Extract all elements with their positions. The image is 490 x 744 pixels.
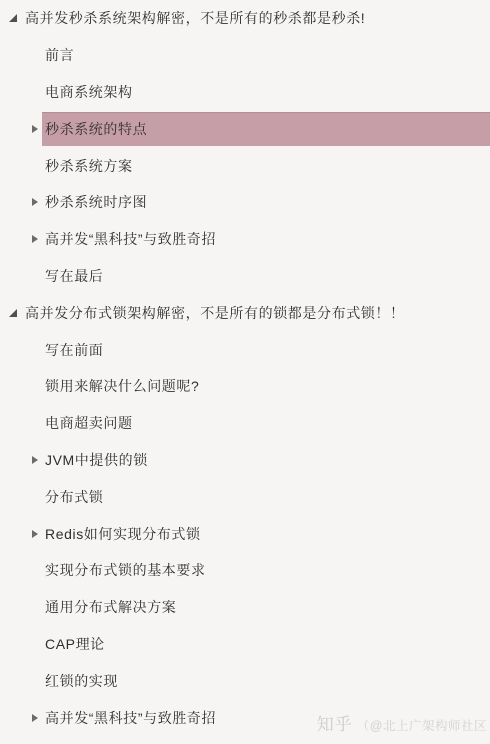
outline-item-label-area[interactable]: JVM中提供的锁 (42, 443, 490, 476)
toggle-box[interactable] (31, 456, 39, 464)
toggle-box[interactable] (8, 309, 18, 317)
outline-item-5[interactable]: 秒杀系统时序图 (0, 184, 490, 221)
expand-toggle-icon[interactable] (32, 198, 38, 206)
outline-item-label-area[interactable]: 高并发“黑科技”与致胜奇招 (42, 223, 490, 256)
watermark-handle: （@北上广架构师社区 (357, 716, 487, 734)
outline-item-label: 前言 (45, 45, 74, 65)
watermark-brand: 知乎 (317, 710, 353, 735)
outline-item-label: 分布式锁 (45, 487, 103, 507)
toggle-box[interactable] (8, 14, 18, 22)
expand-toggle-icon[interactable] (32, 456, 38, 464)
expand-toggle-icon[interactable] (32, 714, 38, 722)
outline-item-2[interactable]: 电商系统架构 (0, 74, 490, 111)
collapse-toggle-icon[interactable] (9, 309, 17, 317)
outline-item-label-area[interactable]: CAP理论 (42, 627, 490, 660)
outline-item-9[interactable]: 写在前面 (0, 331, 490, 368)
outline-item-label-area[interactable]: 高并发分布式锁架构解密，不是所有的锁都是分布式锁！！ (18, 296, 490, 329)
outline-item-13[interactable]: 分布式锁 (0, 478, 490, 515)
outline-item-label-area[interactable]: 写在前面 (42, 333, 490, 366)
outline-item-label: 秒杀系统的特点 (45, 119, 147, 139)
outline-item-label: 秒杀系统时序图 (45, 192, 147, 212)
expand-toggle-icon[interactable] (32, 125, 38, 133)
outline-item-label-area[interactable]: 锁用来解决什么问题呢? (42, 370, 490, 403)
outline-item-label-area[interactable]: 分布式锁 (42, 480, 490, 513)
outline-item-label: 实现分布式锁的基本要求 (45, 560, 206, 580)
outline-item-label: 红锁的实现 (45, 671, 118, 691)
outline-item-label: 锁用来解决什么问题呢? (45, 376, 199, 396)
outline-item-label: 高并发“黑科技”与致胜奇招 (45, 708, 216, 728)
outline-item-label: JVM中提供的锁 (45, 450, 148, 470)
outline-item-6[interactable]: 高并发“黑科技”与致胜奇招 (0, 221, 490, 258)
outline-item-label: 电商超卖问题 (45, 413, 133, 433)
outline-item-label-area[interactable]: Redis如何实现分布式锁 (42, 517, 490, 550)
outline-item-label-area[interactable]: 秒杀系统方案 (42, 149, 490, 182)
outline-item-3[interactable]: 秒杀系统的特点 (0, 110, 490, 147)
outline-item-label: 写在前面 (45, 340, 103, 360)
outline-item-7[interactable]: 写在最后 (0, 258, 490, 295)
outline-item-label-area[interactable]: 实现分布式锁的基本要求 (42, 554, 490, 587)
toggle-box[interactable] (31, 714, 39, 722)
outline-item-label-area[interactable]: 高并发秒杀系统架构解密，不是所有的秒杀都是秒杀! (18, 2, 490, 35)
toggle-box[interactable] (31, 235, 39, 243)
document-outline-tree: 高并发秒杀系统架构解密，不是所有的秒杀都是秒杀! 前言 电商系统架构 秒杀系统的… (0, 0, 490, 736)
outline-item-label: 秒杀系统方案 (45, 156, 133, 176)
outline-item-4[interactable]: 秒杀系统方案 (0, 147, 490, 184)
outline-item-label-area[interactable]: 电商系统架构 (42, 75, 490, 108)
outline-item-17[interactable]: CAP理论 (0, 626, 490, 663)
outline-item-label: 高并发秒杀系统架构解密，不是所有的秒杀都是秒杀! (25, 8, 365, 28)
outline-item-label: 高并发分布式锁架构解密，不是所有的锁都是分布式锁！！ (25, 303, 405, 323)
outline-item-16[interactable]: 通用分布式解决方案 (0, 589, 490, 626)
outline-item-1[interactable]: 前言 (0, 37, 490, 74)
outline-item-0[interactable]: 高并发秒杀系统架构解密，不是所有的秒杀都是秒杀! (0, 0, 490, 37)
outline-item-15[interactable]: 实现分布式锁的基本要求 (0, 552, 490, 589)
expand-toggle-icon[interactable] (32, 235, 38, 243)
outline-item-12[interactable]: JVM中提供的锁 (0, 442, 490, 479)
toggle-box[interactable] (31, 198, 39, 206)
outline-item-8[interactable]: 高并发分布式锁架构解密，不是所有的锁都是分布式锁！！ (0, 294, 490, 331)
toggle-box[interactable] (31, 125, 39, 133)
outline-item-label-area[interactable]: 写在最后 (42, 259, 490, 292)
outline-item-label-area[interactable]: 电商超卖问题 (42, 407, 490, 440)
collapse-toggle-icon[interactable] (9, 14, 17, 22)
outline-item-10[interactable]: 锁用来解决什么问题呢? (0, 368, 490, 405)
outline-item-14[interactable]: Redis如何实现分布式锁 (0, 515, 490, 552)
outline-item-label-area[interactable]: 秒杀系统时序图 (42, 186, 490, 219)
watermark: 知乎 （@北上广架构师社区 (317, 710, 487, 735)
outline-item-18[interactable]: 红锁的实现 (0, 662, 490, 699)
outline-item-label: 高并发“黑科技”与致胜奇招 (45, 229, 216, 249)
outline-item-label: 通用分布式解决方案 (45, 597, 176, 617)
outline-item-label-area[interactable]: 通用分布式解决方案 (42, 591, 490, 624)
outline-item-11[interactable]: 电商超卖问题 (0, 405, 490, 442)
outline-item-label: 写在最后 (45, 266, 103, 286)
outline-item-label: Redis如何实现分布式锁 (45, 524, 201, 544)
outline-item-label-area[interactable]: 前言 (42, 39, 490, 72)
outline-item-label: 电商系统架构 (45, 82, 133, 102)
toggle-box[interactable] (31, 530, 39, 538)
outline-item-label-area[interactable]: 秒杀系统的特点 (42, 112, 490, 146)
outline-item-label-area[interactable]: 红锁的实现 (42, 664, 490, 697)
expand-toggle-icon[interactable] (32, 530, 38, 538)
outline-item-label: CAP理论 (45, 634, 105, 654)
